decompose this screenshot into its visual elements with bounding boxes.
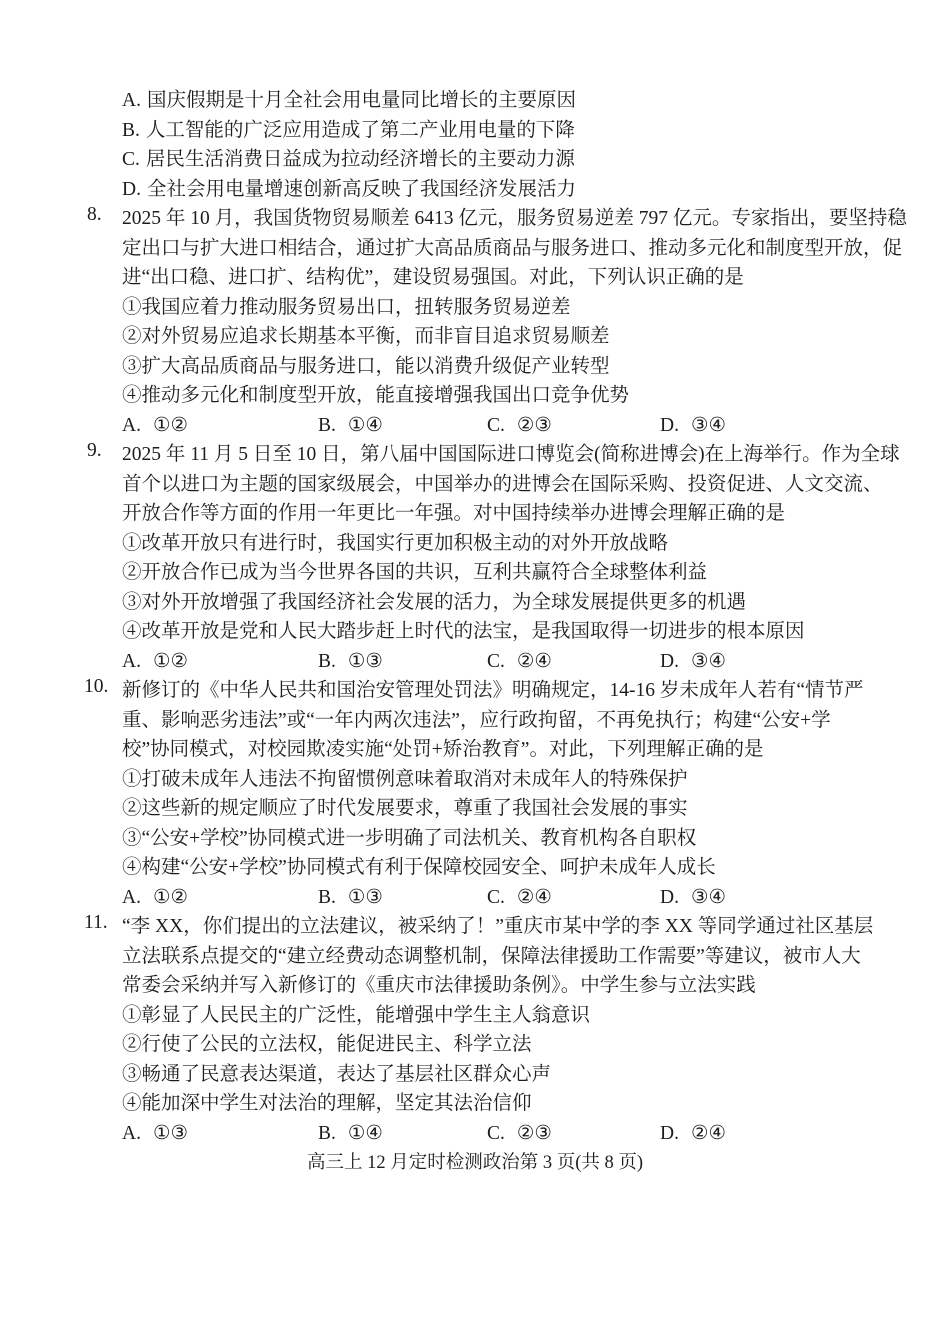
question-stem-line: 进“出口稳、进口扩、结构优”，建设贸易强国。对此，下列认识正确的是: [0, 263, 950, 293]
choice-c: C.居民生活消费日益成为拉动经济增长的主要动力源: [0, 145, 950, 175]
statement-3: ③“公安+学校”协同模式进一步明确了司法机关、教育机构各自职权: [0, 824, 950, 854]
question-stem-line: 立法联系点提交的“建立经费动态调整机制，保障法律援助工作需要”等建议，被市人大: [0, 942, 950, 972]
question-stem-line: 新修订的《中华人民共和国治安管理处罚法》明确规定，14-16 岁未成年人若有“情…: [0, 676, 950, 706]
choice-d: D.③④: [660, 883, 726, 913]
question-9: 9. 2025 年 11 月 5 日至 10 日，第八届中国国际进口博览会(简称…: [0, 440, 950, 676]
choice-label: A.: [122, 651, 141, 672]
choice-label: D.: [660, 651, 679, 672]
statement-3: ③畅通了民意表达渠道，表达了基层社区群众心声: [0, 1060, 950, 1090]
choice-value: ③④: [691, 887, 726, 908]
choice-label: B.: [318, 651, 336, 672]
question-stem-line: 2025 年 11 月 5 日至 10 日，第八届中国国际进口博览会(简称进博会…: [0, 440, 950, 470]
choice-b: B.①③: [318, 647, 487, 677]
statement-2: ②这些新的规定顺应了时代发展要求，尊重了我国社会发展的事实: [0, 794, 950, 824]
choice-label: A.: [122, 90, 141, 111]
choice-a: A.①③: [122, 1119, 318, 1149]
choice-text: 人工智能的广泛应用造成了第二产业用电量的下降: [146, 120, 575, 141]
choice-text: 居民生活消费日益成为拉动经济增长的主要动力源: [146, 149, 575, 170]
statement-1: ①彰显了人民民主的广泛性，能增强中学生主人翁意识: [0, 1001, 950, 1031]
question-stem-line: 首个以进口为主题的国家级展会，中国举办的进博会在国际采购、投资促进、人文交流、: [0, 470, 950, 500]
choice-label: B.: [318, 1123, 336, 1144]
choice-a: A.①②: [122, 647, 318, 677]
choice-a: A.①②: [122, 883, 318, 913]
question-stem-line: 定出口与扩大进口相结合，通过扩大高品质商品与服务进口、推动多元化和制度型开放，促: [0, 234, 950, 264]
statement-2: ②开放合作已成为当今世界各国的共识，互利共赢符合全球整体利益: [0, 558, 950, 588]
previous-question-choices: A.国庆假期是十月全社会用电量同比增长的主要原因 B.人工智能的广泛应用造成了第…: [0, 86, 950, 204]
question-number: 11.: [84, 912, 108, 934]
choice-value: ②③: [517, 1123, 552, 1144]
choice-text: 全社会用电量增速创新高反映了我国经济发展活力: [147, 179, 576, 200]
choice-label: D.: [660, 887, 679, 908]
choices-row: A.①② B.①④ C.②③ D.③④: [0, 411, 950, 441]
choice-b: B.人工智能的广泛应用造成了第二产业用电量的下降: [0, 116, 950, 146]
choices-row: A.①③ B.①④ C.②③ D.②④: [0, 1119, 950, 1149]
choice-d: D.②④: [660, 1119, 726, 1149]
question-11: 11. “李 XX，你们提出的立法建议，被采纳了！”重庆市某中学的李 XX 等同…: [0, 912, 950, 1148]
choice-value: ②④: [517, 651, 552, 672]
choice-label: C.: [487, 887, 505, 908]
statement-2: ②行使了公民的立法权，能促进民主、科学立法: [0, 1030, 950, 1060]
choice-value: ①④: [348, 1123, 383, 1144]
choice-label: D.: [122, 179, 141, 200]
choice-b: B.①④: [318, 1119, 487, 1149]
choice-label: B.: [318, 887, 336, 908]
statement-1: ①改革开放只有进行时，我国实行更加积极主动的对外开放战略: [0, 529, 950, 559]
choice-label: B.: [122, 120, 140, 141]
choice-label: A.: [122, 1123, 141, 1144]
question-stem-line: 常委会采纳并写入新修订的《重庆市法律援助条例》。中学生参与立法实践: [0, 971, 950, 1001]
choice-d: D.全社会用电量增速创新高反映了我国经济发展活力: [0, 175, 950, 205]
question-number: 8.: [87, 204, 102, 226]
choice-label: A.: [122, 887, 141, 908]
statement-4: ④推动多元化和制度型开放，能直接增强我国出口竞争优势: [0, 381, 950, 411]
choice-value: ①③: [153, 1123, 188, 1144]
choice-value: ③④: [691, 651, 726, 672]
statement-3: ③对外开放增强了我国经济社会发展的活力，为全球发展提供更多的机遇: [0, 588, 950, 618]
question-stem-line: 2025 年 10 月，我国货物贸易顺差 6413 亿元，服务贸易逆差 797 …: [0, 204, 950, 234]
choice-label: C.: [487, 415, 505, 436]
choice-value: ②④: [517, 887, 552, 908]
statement-1: ①我国应着力推动服务贸易出口，扭转服务贸易逆差: [0, 293, 950, 323]
choice-label: D.: [660, 1123, 679, 1144]
question-stem-line: “李 XX，你们提出的立法建议，被采纳了！”重庆市某中学的李 XX 等同学通过社…: [0, 912, 950, 942]
question-stem-line: 校”协同模式，对校园欺凌实施“处罚+矫治教育”。对此，下列理解正确的是: [0, 735, 950, 765]
statement-2: ②对外贸易应追求长期基本平衡，而非盲目追求贸易顺差: [0, 322, 950, 352]
question-10: 10. 新修订的《中华人民共和国治安管理处罚法》明确规定，14-16 岁未成年人…: [0, 676, 950, 912]
choice-value: ③④: [691, 415, 726, 436]
statement-4: ④构建“公安+学校”协同模式有利于保障校园安全、呵护未成年人成长: [0, 853, 950, 883]
choice-value: ①③: [348, 887, 383, 908]
statement-1: ①打破未成年人违法不拘留惯例意味着取消对未成年人的特殊保护: [0, 765, 950, 795]
choice-value: ①②: [153, 415, 188, 436]
choice-b: B.①③: [318, 883, 487, 913]
choice-value: ①④: [348, 415, 383, 436]
choices-row: A.①② B.①③ C.②④ D.③④: [0, 883, 950, 913]
choices-row: A.①② B.①③ C.②④ D.③④: [0, 647, 950, 677]
question-number: 10.: [84, 676, 108, 698]
choice-c: C.②③: [487, 411, 660, 441]
question-stem-line: 重、影响恶劣违法”或“一年内两次违法”，应行政拘留，不再免执行；构建“公安+学: [0, 706, 950, 736]
choice-c: C.②③: [487, 1119, 660, 1149]
choice-a: A.国庆假期是十月全社会用电量同比增长的主要原因: [0, 86, 950, 116]
choice-label: C.: [122, 149, 140, 170]
choice-value: ②④: [691, 1123, 726, 1144]
choice-value: ①②: [153, 887, 188, 908]
choice-b: B.①④: [318, 411, 487, 441]
choice-c: C.②④: [487, 647, 660, 677]
choice-a: A.①②: [122, 411, 318, 441]
choice-label: C.: [487, 651, 505, 672]
choice-d: D.③④: [660, 647, 726, 677]
choice-label: C.: [487, 1123, 505, 1144]
choice-label: B.: [318, 415, 336, 436]
statement-4: ④能加深中学生对法治的理解，坚定其法治信仰: [0, 1089, 950, 1119]
choice-value: ①③: [348, 651, 383, 672]
choice-label: A.: [122, 415, 141, 436]
choice-d: D.③④: [660, 411, 726, 441]
statement-4: ④改革开放是党和人民大踏步赶上时代的法宝，是我国取得一切进步的根本原因: [0, 617, 950, 647]
choice-value: ②③: [517, 415, 552, 436]
page-footer: 高三上 12 月定时检测政治第 3 页(共 8 页): [0, 1149, 950, 1179]
choice-value: ①②: [153, 651, 188, 672]
choice-c: C.②④: [487, 883, 660, 913]
question-number: 9.: [87, 440, 102, 462]
statement-3: ③扩大高品质商品与服务进口，能以消费升级促产业转型: [0, 352, 950, 382]
exam-page: A.国庆假期是十月全社会用电量同比增长的主要原因 B.人工智能的广泛应用造成了第…: [0, 0, 950, 1344]
choice-label: D.: [660, 415, 679, 436]
question-stem-line: 开放合作等方面的作用一年更比一年强。对中国持续举办进博会理解正确的是: [0, 499, 950, 529]
choice-text: 国庆假期是十月全社会用电量同比增长的主要原因: [147, 90, 576, 111]
question-8: 8. 2025 年 10 月，我国货物贸易顺差 6413 亿元，服务贸易逆差 7…: [0, 204, 950, 440]
